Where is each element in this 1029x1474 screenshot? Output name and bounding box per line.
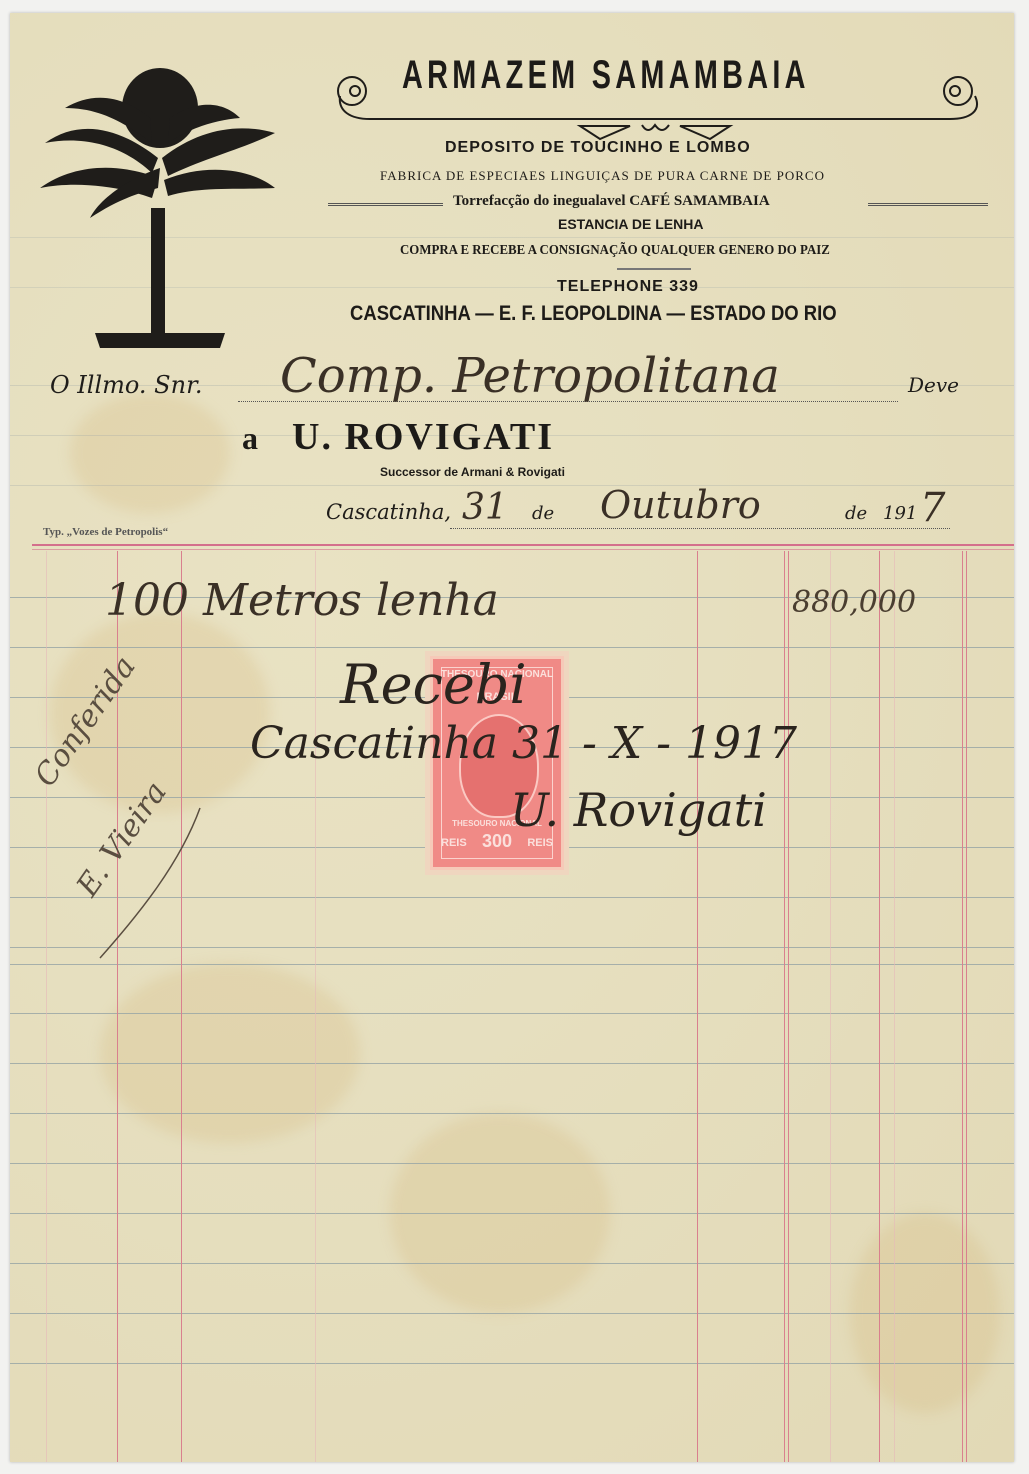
ruled-line	[10, 1013, 1014, 1014]
printer-credit: Typ. „Vozes de Petropolis“	[43, 526, 168, 538]
column-rule	[894, 551, 895, 1462]
ruled-line	[10, 1163, 1014, 1164]
margin-note-flourish	[90, 803, 210, 963]
receipt-place-date: Cascatinha 31 - X - 1917	[250, 718, 797, 769]
column-rule	[181, 551, 182, 1462]
date-year-handwritten: 7	[920, 485, 945, 531]
divider	[868, 203, 988, 206]
letterhead-line-2: FABRICA DE ESPECIAES LINGUIÇAS DE PURA C…	[380, 168, 825, 184]
address: CASCATINHA — E. F. LEOPOLDINA — ESTADO D…	[350, 302, 837, 326]
palm-tree-icon	[40, 48, 300, 348]
business-name: ARMAZEM SAMAMBAIA	[402, 53, 810, 98]
letterhead-line-1: DEPOSITO DE TOUCINHO E LOMBO	[445, 139, 751, 157]
line-item-amount: 880,000	[792, 585, 916, 620]
ruled-line	[10, 485, 1014, 486]
ruled-line	[10, 964, 1014, 965]
date-place: Cascatinha,	[326, 500, 451, 524]
column-rule	[879, 551, 880, 1462]
receipt-signature: U. Rovigati	[510, 783, 767, 837]
column-rule	[46, 551, 47, 1462]
column-rule	[315, 551, 316, 1462]
creditor-subtitle: Successor de Armani & Rovigati	[380, 465, 565, 479]
letterhead-line-5: COMPRA E RECEBE A CONSIGNAÇÃO QUALQUER G…	[400, 243, 830, 259]
paper-stain	[70, 393, 230, 513]
ruled-line	[10, 1213, 1014, 1214]
addressee-name: Comp. Petropolitana	[280, 348, 780, 404]
date-day: 31	[462, 487, 508, 528]
invoice-paper: ARMAZEM SAMAMBAIA DEPOSITO DE TOUCINHO E…	[10, 13, 1014, 1462]
divider	[328, 203, 443, 206]
column-rule	[788, 551, 789, 1462]
date-dotted-line	[450, 528, 950, 529]
addressee-suffix: Deve	[908, 373, 959, 397]
column-rule	[966, 551, 967, 1462]
header-red-rule	[32, 544, 1014, 546]
date-year-printed: 191	[883, 503, 917, 524]
ruled-line	[10, 1113, 1014, 1114]
letterhead-line-4: ESTANCIA DE LENHA	[558, 216, 703, 232]
column-rule	[697, 551, 698, 1462]
telephone: TELEPHONE 339	[557, 278, 699, 296]
addressee-prefix: O Illmo. Snr.	[50, 371, 203, 399]
column-rule	[962, 551, 963, 1462]
paper-stain	[100, 963, 360, 1143]
ruled-line	[10, 1363, 1014, 1364]
receipt-text: Recebi	[340, 653, 527, 716]
header-red-rule	[32, 549, 1014, 550]
date-month: Outubro	[600, 483, 761, 527]
line-item-description: 100 Metros lenha	[105, 575, 499, 626]
ruled-line	[10, 647, 1014, 648]
ruled-line	[10, 1313, 1014, 1314]
column-rule	[784, 551, 785, 1462]
letterhead-line-3: Torrefacção do inegualavel CAFÉ SAMAMBAI…	[453, 193, 770, 210]
creditor-name: U. ROVIGATI	[292, 415, 554, 459]
divider	[617, 268, 691, 270]
ruled-line	[10, 1063, 1014, 1064]
ruled-line	[10, 1263, 1014, 1264]
column-rule	[830, 551, 831, 1462]
date-de: de	[845, 503, 867, 524]
date-de: de	[532, 503, 554, 524]
creditor-prefix: a	[242, 420, 258, 457]
stamp-currency-right: REIS	[433, 837, 561, 849]
